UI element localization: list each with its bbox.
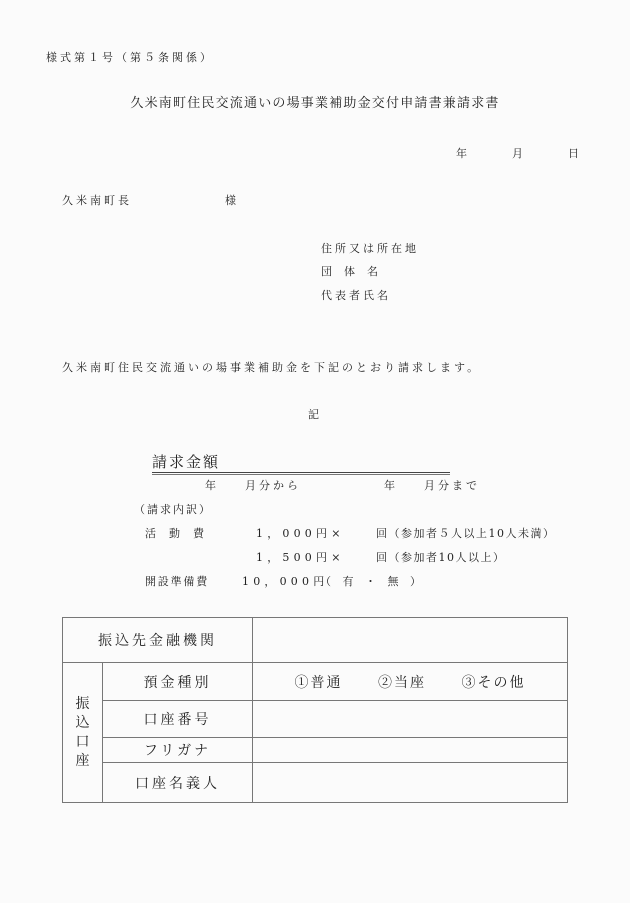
- addressee-name: 久米南町長: [62, 195, 132, 206]
- form-number: 様式第１号（第５条関係）: [46, 52, 214, 63]
- request-amount-underline: [152, 472, 450, 475]
- table-row: 口座番号: [63, 701, 568, 738]
- account-number-value-cell[interactable]: [253, 701, 568, 738]
- deposit-type-label: 預金種別: [144, 675, 212, 691]
- deposit-type-option-current[interactable]: ②当座: [378, 672, 426, 692]
- applicant-organization-label: 団体名: [321, 266, 390, 277]
- date-year-label: 年: [456, 148, 470, 159]
- request-amount-label: 請求金額: [152, 455, 220, 470]
- document-title: 久米南町住民交流通いの場事業補助金交付申請書兼請求書: [0, 97, 630, 110]
- ki-heading: 記: [308, 409, 322, 420]
- setup-cost-amount: 10，000円: [242, 576, 328, 587]
- account-group-char: 込: [76, 715, 90, 731]
- furigana-label-cell: フリガナ: [103, 738, 253, 763]
- deposit-type-option-ordinary[interactable]: ①普通: [295, 672, 343, 692]
- account-group-char: 座: [76, 753, 90, 769]
- institution-value-cell[interactable]: [253, 618, 568, 663]
- setup-cost-choice: （ 有 ・ 無 ）: [320, 576, 423, 587]
- rate-times-1: 回（参加者５人以上10人未満）: [376, 528, 556, 539]
- date-month-label: 月: [512, 148, 526, 159]
- period-from-year-label: 年: [205, 480, 219, 491]
- account-number-label-cell: 口座番号: [103, 701, 253, 738]
- applicant-address-label: 住所又は所在地: [321, 243, 419, 254]
- account-group-char: 口: [76, 734, 90, 750]
- applicant-representative-label: 代表者氏名: [321, 290, 391, 301]
- deposit-type-option-other[interactable]: ③その他: [461, 672, 525, 692]
- table-row: 振込先金融機関: [63, 618, 568, 663]
- setup-cost-label: 開設準備費: [145, 576, 209, 587]
- table-row: 振 込 口 座 預金種別 ①普通 ②当座 ③その他: [63, 663, 568, 701]
- breakdown-heading: （請求内訳）: [134, 504, 212, 515]
- institution-label: 振込先金融機関: [98, 633, 217, 649]
- date-day-label: 日: [568, 148, 582, 159]
- rate-amount-2: 1，500円×: [256, 552, 345, 563]
- period-to-year-label: 年: [384, 480, 398, 491]
- deposit-type-label-cell: 預金種別: [103, 663, 253, 701]
- rate-times-2: 回（参加者10人以上）: [376, 552, 506, 563]
- request-sentence: 久米南町住民交流通いの場事業補助金を下記のとおり請求します。: [62, 362, 481, 373]
- activity-cost-label: 活動費: [145, 528, 217, 539]
- rate-amount-1: 1，000円×: [256, 528, 345, 539]
- account-number-label: 口座番号: [144, 712, 212, 728]
- deposit-type-options-cell: ①普通 ②当座 ③その他: [253, 663, 568, 701]
- account-holder-label-cell: 口座名義人: [103, 763, 253, 803]
- furigana-value-cell[interactable]: [253, 738, 568, 763]
- account-group-char: 振: [76, 696, 90, 712]
- institution-label-cell: 振込先金融機関: [63, 618, 253, 663]
- account-holder-label: 口座名義人: [135, 776, 220, 792]
- furigana-label: フリガナ: [144, 743, 211, 759]
- table-row: 口座名義人: [63, 763, 568, 803]
- period-from-month-label: 月分から: [245, 480, 301, 491]
- table-row: フリガナ: [63, 738, 568, 763]
- addressee-honorific: 様: [225, 195, 239, 206]
- bank-account-table: 振込先金融機関 振 込 口 座 預金種別 ①普通 ②当座 ③その他 口座番号: [62, 617, 568, 803]
- period-to-month-label: 月分まで: [424, 480, 480, 491]
- account-group-label-cell: 振 込 口 座: [63, 663, 103, 803]
- account-holder-value-cell[interactable]: [253, 763, 568, 803]
